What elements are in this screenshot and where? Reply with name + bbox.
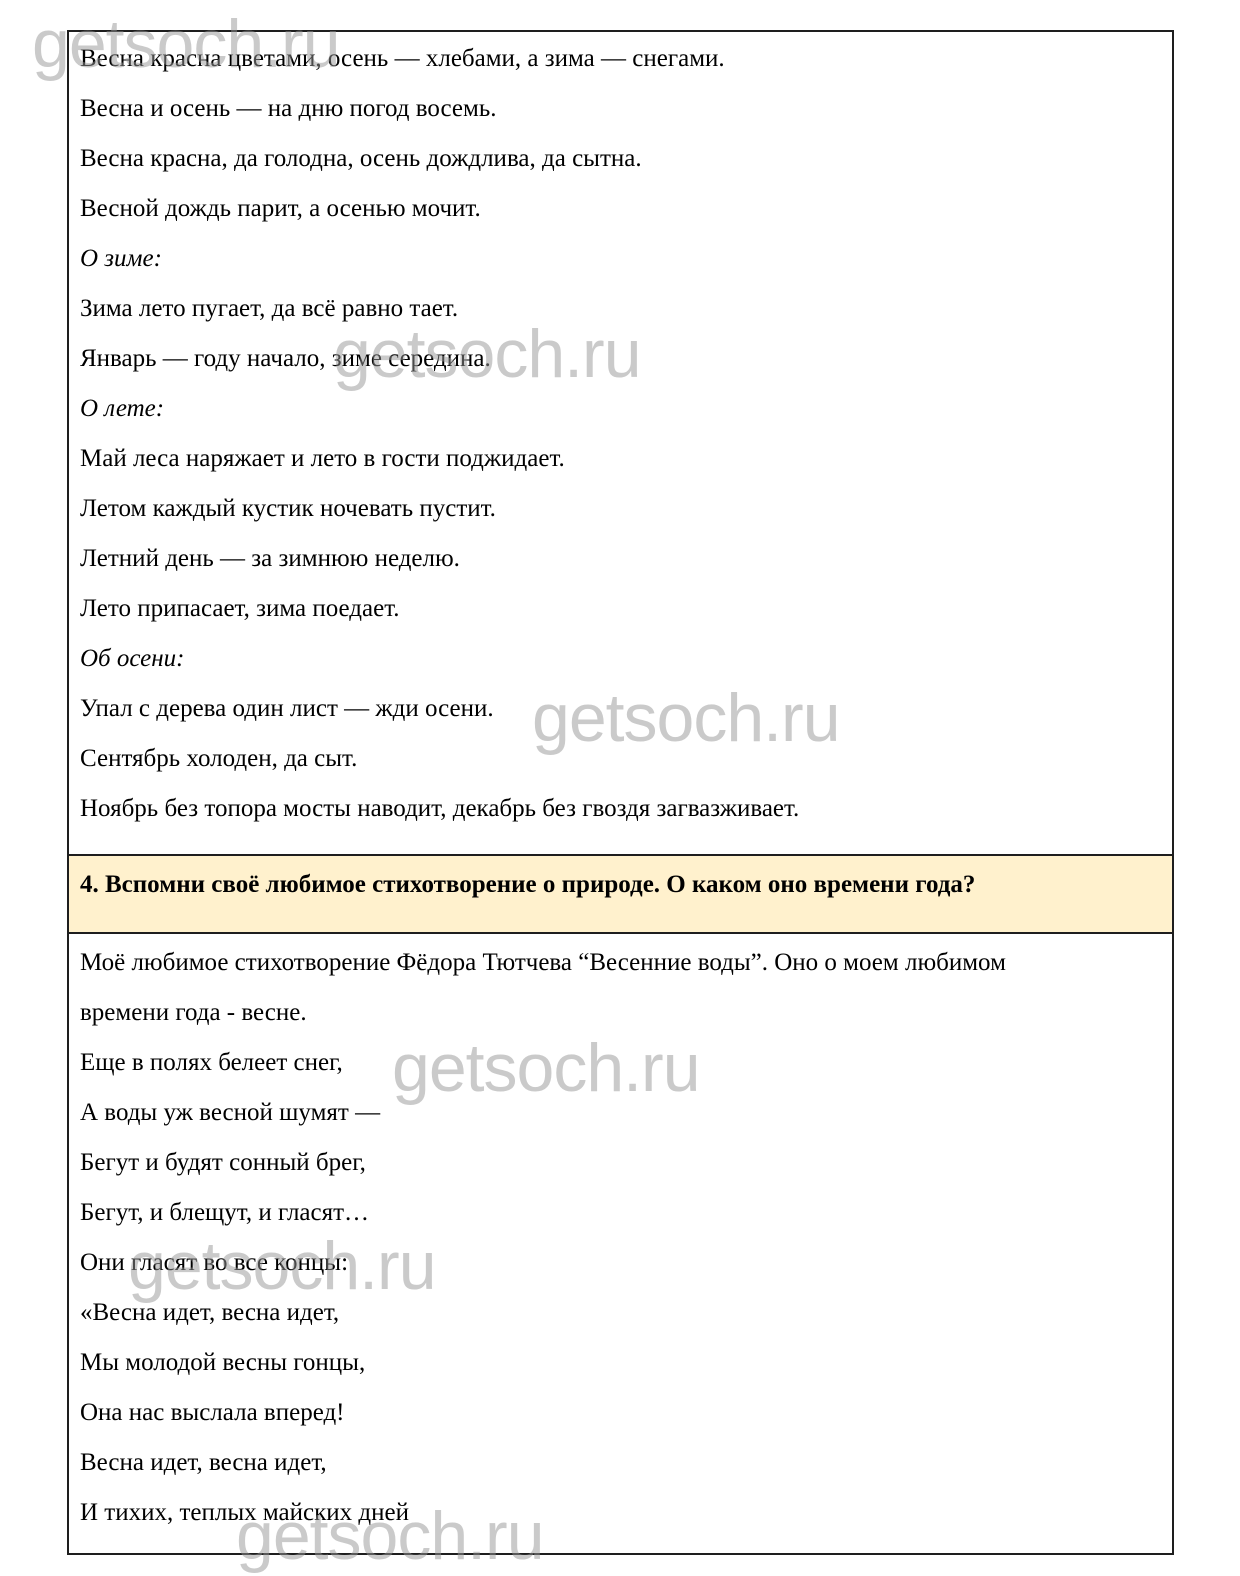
proverb-line: Весной дождь парит, а осенью мочит. — [80, 194, 481, 224]
poem-line: Бегут и будят сонный брег, — [80, 1148, 366, 1178]
proverbs-section: Весна красна цветами, осень — хлебами, а… — [69, 32, 1172, 854]
poem-line: Еще в полях белеет снег, — [80, 1048, 343, 1078]
answer-line: времени года - весне. — [80, 998, 307, 1028]
proverb-line: Весна и осень — на дню погод восемь. — [80, 94, 496, 124]
poem-line: И тихих, теплых майских дней — [80, 1498, 409, 1528]
question-text: 4. Вспомни своё любимое стихотворение о … — [80, 870, 975, 900]
poem-line: Мы молодой весны гонцы, — [80, 1348, 365, 1378]
proverb-line: Весна красна цветами, осень — хлебами, а… — [80, 44, 725, 74]
section-heading: Об осени: — [80, 644, 184, 674]
document-box: Весна красна цветами, осень — хлебами, а… — [67, 30, 1174, 1555]
proverb-line: Май леса наряжает и лето в гости поджида… — [80, 444, 565, 474]
poem-line: А воды уж весной шумят — — [80, 1098, 380, 1128]
proverb-line: Весна красна, да голодна, осень дождлива… — [80, 144, 642, 174]
poem-line: «Весна идет, весна идет, — [80, 1298, 339, 1328]
section-heading: О лете: — [80, 394, 164, 424]
question-row: 4. Вспомни своё любимое стихотворение о … — [69, 854, 1172, 934]
proverb-line: Упал с дерева один лист — жди осени. — [80, 694, 494, 724]
poem-line: Она нас выслала вперед! — [80, 1398, 345, 1428]
answer-line: Моё любимое стихотворение Фёдора Тютчева… — [80, 948, 1006, 978]
answer-section: Моё любимое стихотворение Фёдора Тютчева… — [69, 934, 1172, 1553]
proverb-line: Январь — году начало, зиме середина. — [80, 344, 491, 374]
proverb-line: Летний день — за зимнюю неделю. — [80, 544, 460, 574]
proverb-line: Летом каждый кустик ночевать пустит. — [80, 494, 496, 524]
proverb-line: Лето припасает, зима поедает. — [80, 594, 400, 624]
poem-line: Они гласят во все концы: — [80, 1248, 348, 1278]
proverb-line: Зима лето пугает, да всё равно тает. — [80, 294, 458, 324]
proverb-line: Сентябрь холоден, да сыт. — [80, 744, 357, 774]
proverb-line: Ноябрь без топора мосты наводит, декабрь… — [80, 794, 799, 824]
section-heading: О зиме: — [80, 244, 162, 274]
poem-line: Весна идет, весна идет, — [80, 1448, 327, 1478]
poem-line: Бегут, и блещут, и гласят… — [80, 1198, 369, 1228]
